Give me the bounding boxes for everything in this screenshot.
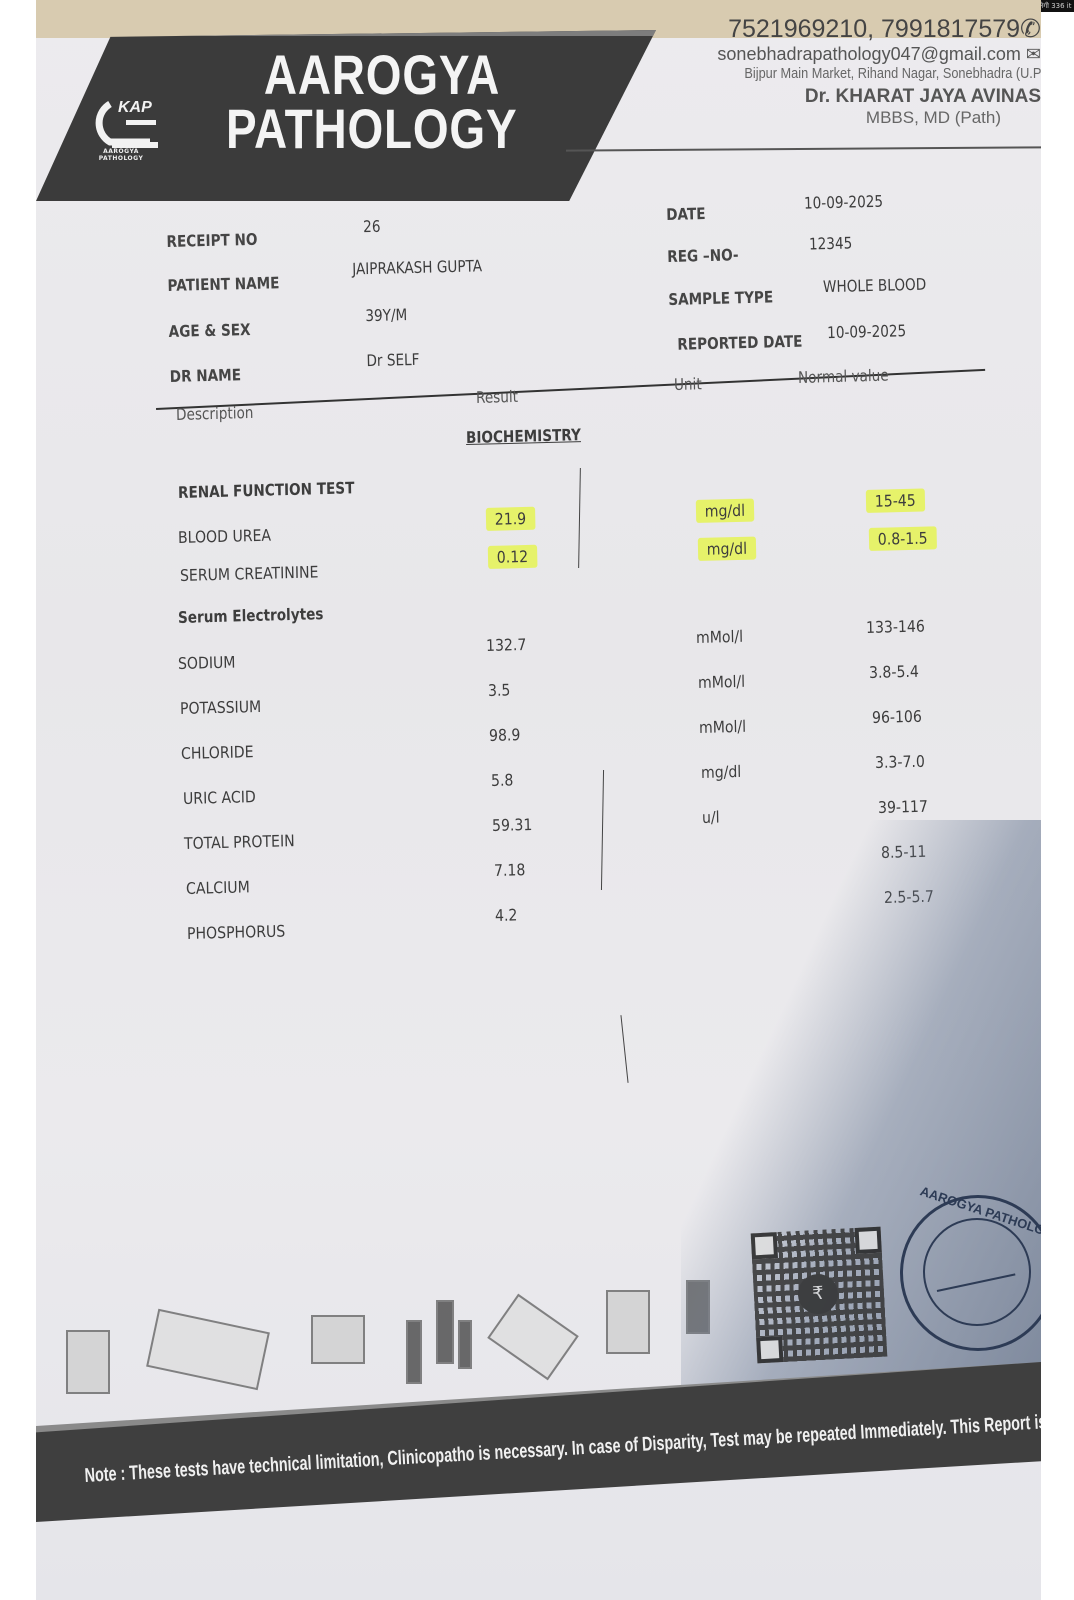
email-address: sonebhadrapathology047@gmail.com ✉ (692, 44, 1041, 65)
patient-name-label: PATIENT NAME (167, 273, 279, 295)
test-name: SODIUM (178, 653, 236, 673)
test-result: 5.8 (490, 770, 513, 790)
reg-no-value: 12345 (809, 233, 853, 253)
date-value: 10-09-2025 (804, 192, 883, 213)
test-result: 21.9 (486, 509, 535, 529)
sample-type-value: WHOLE BLOOD (823, 275, 927, 297)
test-name: POTASSIUM (179, 697, 261, 718)
phone-numbers: 7521969210, 7991817579✆ (692, 14, 1041, 44)
payment-qr-code[interactable]: ₹ (751, 1227, 888, 1364)
test-unit: mMol/l (699, 717, 746, 737)
test-unit: mg/dl (696, 501, 754, 521)
date-label: DATE (666, 204, 706, 224)
logo-caption: AAROGYA PATHOLOGY (91, 148, 151, 162)
test-name: URIC ACID (182, 787, 255, 808)
mail-icon: ✉ (1026, 44, 1041, 64)
test-unit: mMol/l (697, 672, 744, 692)
column-divider (601, 770, 604, 890)
test-name: BLOOD UREA (178, 526, 271, 547)
reported-date-value: 10-09-2025 (827, 321, 906, 342)
test-result: 59.31 (492, 815, 533, 835)
test-name: SERUM CREATININE (179, 562, 318, 585)
test-normal-range: 3.8-5.4 (869, 662, 919, 682)
test-result: 0.12 (487, 547, 536, 567)
test-normal-range: 39-117 (878, 797, 928, 817)
age-sex-label: AGE & SEX (168, 320, 250, 341)
age-sex-value: 39Y/M (365, 305, 407, 325)
test-result: 3.5 (487, 680, 510, 700)
column-result: Result (476, 387, 518, 407)
test-result: 7.18 (493, 860, 525, 880)
svg-text:KAP: KAP (118, 99, 152, 116)
phone-icon: ✆ (1020, 15, 1041, 43)
pathologist-name: Dr. KHARAT JAYA AVINAS (692, 86, 1041, 108)
header-divider (566, 146, 1041, 151)
receipt-no-label: RECEIPT NO (166, 230, 257, 251)
test-normal-range: 133-146 (866, 616, 925, 637)
test-unit: mg/dl (700, 762, 741, 782)
lab-address: Bijpur Main Market, Rihand Nagar, Sonebh… (744, 65, 1041, 82)
test-name: CALCIUM (185, 877, 249, 898)
patient-name-value: JAIPRAKASH GUPTA (352, 256, 482, 278)
dr-name-label: DR NAME (170, 365, 242, 386)
test-name: CHLORIDE (181, 742, 254, 763)
group-title: RENAL FUNCTION TEST (178, 478, 355, 502)
lab-report-paper: KAP AAROGYA PATHOLOGY AAROGYA PATHOLOGY … (36, 0, 1041, 1600)
dr-name-value: Dr SELF (366, 350, 419, 370)
receipt-no-value: 26 (363, 217, 381, 236)
column-description: Description (176, 403, 254, 424)
test-normal-range: 0.8-1.5 (869, 528, 937, 549)
test-normal-range: 96-106 (872, 707, 922, 727)
test-name: TOTAL PROTEIN (184, 831, 295, 853)
column-normal-value: Normal value (798, 366, 889, 387)
column-divider (578, 468, 581, 568)
test-result: 98.9 (489, 725, 521, 745)
instrument-illustrations (66, 1300, 766, 1400)
test-normal-range: 3.3-7.0 (875, 752, 925, 772)
section-biochemistry: BIOCHEMISTRY (466, 425, 581, 447)
test-unit: mMol/l (696, 627, 743, 647)
test-result: 132.7 (486, 635, 527, 655)
reg-no-label: REG –NO- (667, 245, 739, 266)
sample-type-label: SAMPLE TYPE (668, 287, 773, 309)
test-name: PHOSPHORUS (187, 921, 286, 943)
column-unit: Unit (674, 374, 702, 394)
contact-block: 7521969210, 7991817579✆ sonebhadrapathol… (692, 14, 1041, 128)
pathologist-degree: MBBS, MD (Path) (692, 108, 1001, 128)
upi-icon: ₹ (797, 1273, 839, 1315)
group-title: Serum Electrolytes (178, 604, 324, 627)
column-divider (620, 1015, 628, 1083)
lab-name: AAROGYA PATHOLOGY (226, 48, 517, 156)
test-result: 4.2 (495, 905, 518, 925)
reported-date-label: REPORTED DATE (677, 332, 802, 354)
test-unit: mg/dl (697, 539, 755, 559)
test-normal-range: 15-45 (866, 490, 925, 511)
